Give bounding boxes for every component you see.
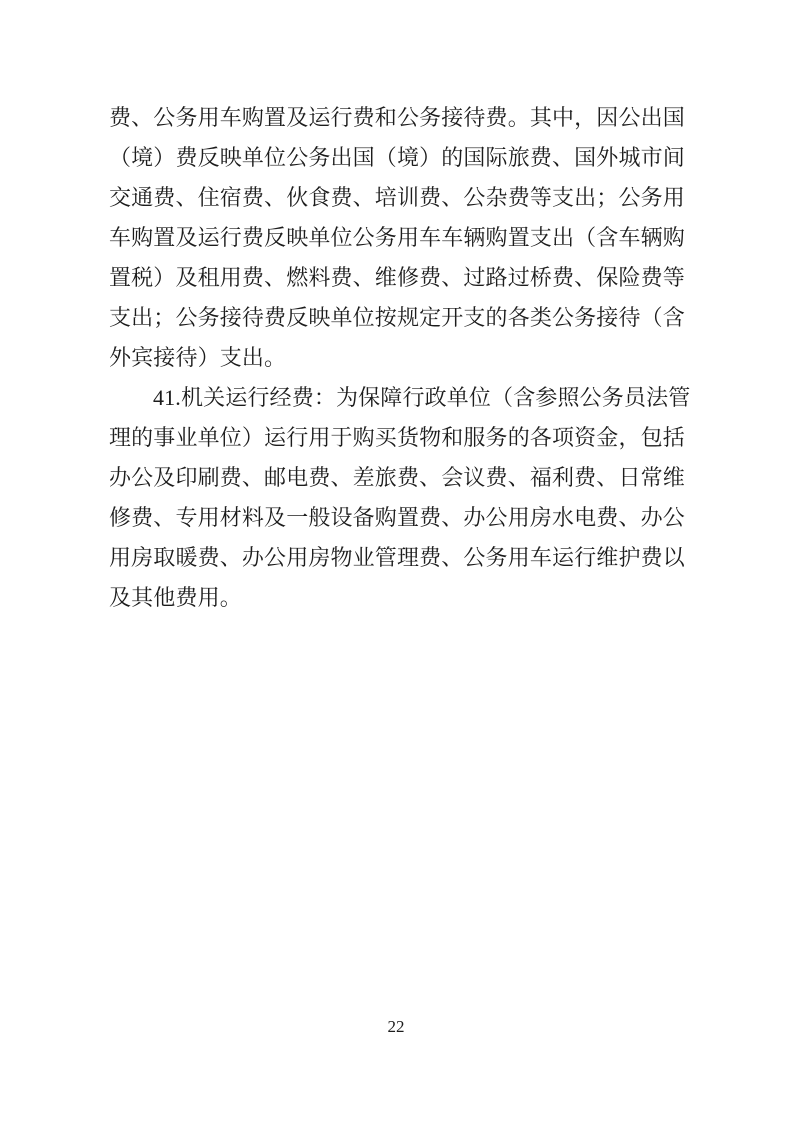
text-line: 费、公务用车购置及运行费和公务接待费。其中，因公出国 xyxy=(109,98,687,138)
paragraph: 费、公务用车购置及运行费和公务接待费。其中，因公出国 （境）费反映单位公务出国（… xyxy=(109,98,687,378)
text-line: （境）费反映单位公务出国（境）的国际旅费、国外城市间 xyxy=(109,138,687,178)
text-block: 费、公务用车购置及运行费和公务接待费。其中，因公出国 （境）费反映单位公务出国（… xyxy=(109,98,687,618)
text-line: 修费、专用材料及一般设备购置费、办公用房水电费、办公 xyxy=(109,498,687,538)
text-line: 办公及印刷费、邮电费、差旅费、会议费、福利费、日常维 xyxy=(109,458,687,498)
text-line: 支出；公务接待费反映单位按规定开支的各类公务接待（含 xyxy=(109,298,687,338)
text-line: 41.机关运行经费：为保障行政单位（含参照公务员法管 xyxy=(109,378,687,418)
text-line: 及其他费用。 xyxy=(109,578,687,618)
text-line: 用房取暖费、办公用房物业管理费、公务用车运行维护费以 xyxy=(109,538,687,578)
text-line: 置税）及租用费、燃料费、维修费、过路过桥费、保险费等 xyxy=(109,258,687,298)
text-line: 交通费、住宿费、伙食费、培训费、公杂费等支出；公务用 xyxy=(109,178,687,218)
text-line: 外宾接待）支出。 xyxy=(109,338,687,378)
text-line: 理的事业单位）运行用于购买货物和服务的各项资金，包括 xyxy=(109,418,687,458)
page-number: 22 xyxy=(0,1017,792,1037)
text-line: 车购置及运行费反映单位公务用车车辆购置支出（含车辆购 xyxy=(109,218,687,258)
document-page: 费、公务用车购置及运行费和公务接待费。其中，因公出国 （境）费反映单位公务出国（… xyxy=(0,0,792,1122)
paragraph: 41.机关运行经费：为保障行政单位（含参照公务员法管 理的事业单位）运行用于购买… xyxy=(109,378,687,618)
